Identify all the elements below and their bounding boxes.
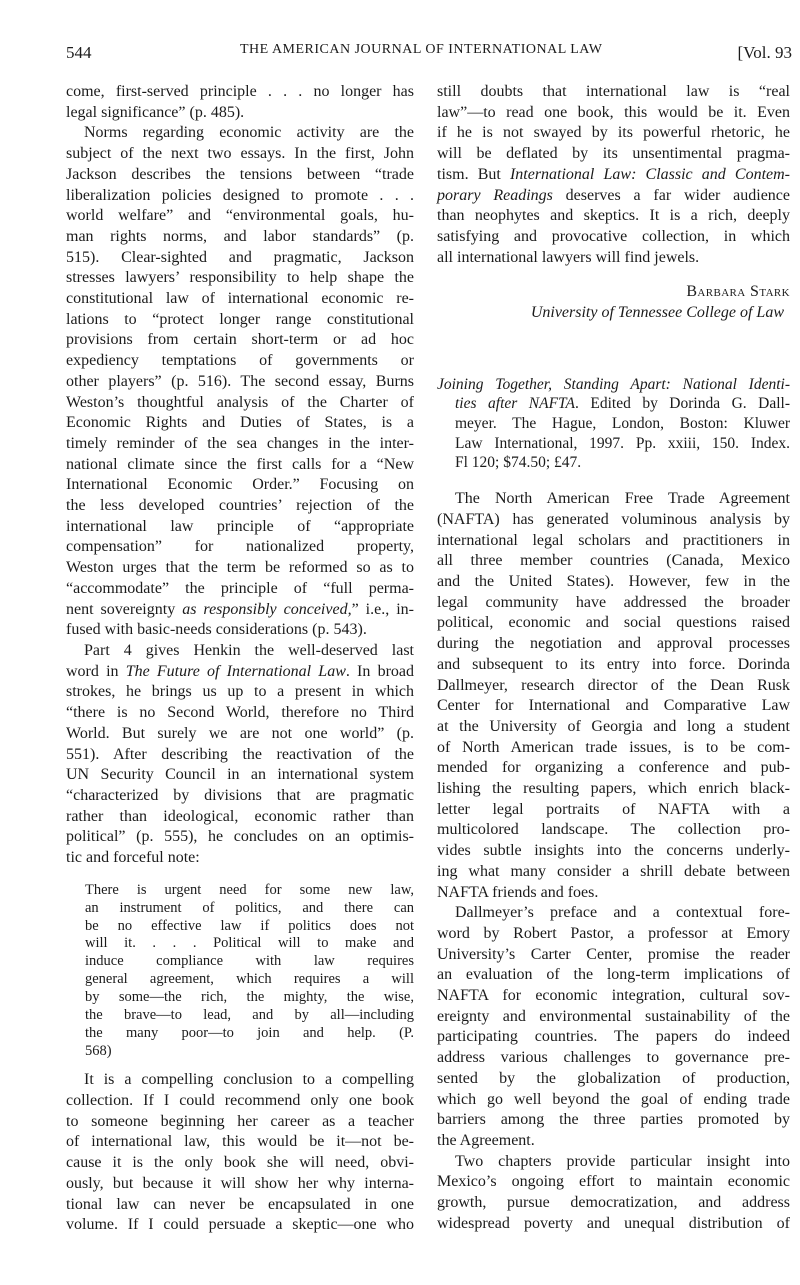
running-title: THE AMERICAN JOURNAL OF INTERNATIONAL LA… bbox=[240, 43, 602, 57]
text-line: will be deflated by its unsentimental pr… bbox=[437, 144, 790, 165]
reviewer-signature: Barbara Stark University of Tennessee Co… bbox=[437, 282, 790, 323]
text-line: at the University of Georgia and long a … bbox=[437, 717, 790, 738]
text-line: ereignty and environmental sustainabilit… bbox=[437, 1007, 790, 1028]
text-line: legal community have addressed the broad… bbox=[437, 593, 790, 614]
text-line: Dallmeyer’s preface and a contextual for… bbox=[437, 903, 790, 924]
text-line: International Economic Order.” Focusing … bbox=[66, 475, 414, 496]
text-line: constitutional law of international econ… bbox=[66, 289, 414, 310]
text-line: participating countries. The papers do i… bbox=[437, 1027, 790, 1048]
quote-line: 568) bbox=[85, 1043, 414, 1061]
text-line: porary Readings deserves a far wider aud… bbox=[437, 186, 790, 207]
text-line: World. But surely we are not one world” … bbox=[66, 724, 414, 745]
text-line: The North American Free Trade Agreement bbox=[437, 489, 790, 510]
text-line: Economic Rights and Duties of States, is… bbox=[66, 413, 414, 434]
text-line: still doubts that international law is “… bbox=[437, 82, 790, 103]
text-segment: . Edited by Dorinda G. Dall- bbox=[575, 395, 790, 412]
quote-line: by some—the rich, the mighty, the wise, bbox=[85, 989, 414, 1007]
volume-label: [Vol. 93 bbox=[738, 44, 792, 61]
text-line: Weston urges that the term be reformed s… bbox=[66, 558, 414, 579]
citation-line: meyer. The Hague, London, Boston: Kluwer bbox=[455, 414, 790, 434]
left-column: come, first-served principle . . . no lo… bbox=[66, 82, 414, 1236]
text-line: if he is not swayed by its powerful rhet… bbox=[437, 123, 790, 144]
text-segment: . In broad bbox=[346, 663, 414, 680]
text-line: volume. If I could persuade a skeptic—on… bbox=[66, 1215, 414, 1236]
citation-line: Fl 120; $74.50; £47. bbox=[455, 453, 790, 473]
paragraph-nafta-intro: The North American Free Trade Agreement … bbox=[437, 489, 790, 903]
paragraph-mexico: Two chapters provide particular insight … bbox=[437, 1152, 790, 1235]
right-column: still doubts that international law is “… bbox=[437, 82, 790, 1235]
text-line: timely reminder of the sea changes in th… bbox=[66, 434, 414, 455]
text-line: lishing the resulting papers, which enri… bbox=[437, 779, 790, 800]
text-segment: nent sovereignty bbox=[66, 601, 182, 618]
text-segment: tism. But bbox=[437, 166, 510, 183]
reviewer-name: Barbara Stark bbox=[437, 282, 790, 303]
text-line: “there is no Second World, therefore no … bbox=[66, 703, 414, 724]
text-line: nent sovereignty as responsibly conceive… bbox=[66, 600, 414, 621]
italic-phrase: as responsibly conceived, bbox=[182, 601, 351, 618]
text-line: Weston’s thoughtful analysis of the Char… bbox=[66, 393, 414, 414]
text-line: “characterized by divisions that are pra… bbox=[66, 786, 414, 807]
quote-line: induce compliance with law requires bbox=[85, 953, 414, 971]
text-line: compensation” for nationalized property, bbox=[66, 537, 414, 558]
text-line: Mexico’s ongoing effort to maintain econ… bbox=[437, 1172, 790, 1193]
text-line: which go well beyond the goal of ending … bbox=[437, 1090, 790, 1111]
text-line: strokes, he brings us up to a present in… bbox=[66, 682, 414, 703]
text-line: 515). Clear-sighted and pragmatic, Jacks… bbox=[66, 248, 414, 269]
text-line: word in The Future of International Law.… bbox=[66, 662, 414, 683]
text-line: world welfare” and “environmental goals,… bbox=[66, 206, 414, 227]
italic-book-title: Joining Together, Standing Apart: Nation… bbox=[437, 376, 790, 393]
citation-line: Law International, 1997. Pp. xxiii, 150.… bbox=[455, 434, 790, 454]
text-line: (NAFTA) has generated voluminous analysi… bbox=[437, 510, 790, 531]
paragraph-jackson-weston: Norms regarding economic activity are th… bbox=[66, 123, 414, 641]
block-quote: There is urgent need for some new law, a… bbox=[85, 882, 414, 1061]
quote-line: be no effective law if politics does not bbox=[85, 918, 414, 936]
text-line: University’s Carter Center, promise the … bbox=[437, 945, 790, 966]
text-line: tic and forceful note: bbox=[66, 848, 414, 869]
citation-line: Joining Together, Standing Apart: Nation… bbox=[437, 375, 790, 395]
text-line: legal significance” (p. 485). bbox=[66, 103, 414, 124]
text-line: an evaluation of the long-term implicati… bbox=[437, 965, 790, 986]
text-line: international law principle of “appropri… bbox=[66, 517, 414, 538]
text-line: Norms regarding economic activity are th… bbox=[66, 123, 414, 144]
text-line: sented by the globalization of productio… bbox=[437, 1069, 790, 1090]
text-line: stresses lawyers’ responsibility to help… bbox=[66, 268, 414, 289]
text-line: vides subtle insights into the concerns … bbox=[437, 841, 790, 862]
quote-line: There is urgent need for some new law, bbox=[85, 882, 414, 900]
text-segment: deserves a far wider audience bbox=[553, 187, 790, 204]
paragraph-continued: still doubts that international law is “… bbox=[437, 82, 790, 268]
text-line: subject of the next two essays. In the f… bbox=[66, 144, 414, 165]
text-line: Center for International and Comparative… bbox=[437, 696, 790, 717]
book-citation-heading: Joining Together, Standing Apart: Nation… bbox=[437, 375, 790, 473]
text-line: letter legal portraits of NAFTA with a bbox=[437, 800, 790, 821]
text-line: rather than ideological, economic rather… bbox=[66, 807, 414, 828]
text-line: multicolored landscape. The collection p… bbox=[437, 820, 790, 841]
text-line: Dallmeyer, research director of the Dean… bbox=[437, 676, 790, 697]
text-segment: word in bbox=[66, 663, 126, 680]
text-line: Part 4 gives Henkin the well-deserved la… bbox=[66, 641, 414, 662]
citation-line: ties after NAFTA. Edited by Dorinda G. D… bbox=[455, 394, 790, 414]
paragraph-conclusion: It is a compelling conclusion to a compe… bbox=[66, 1070, 414, 1236]
quote-line: general agreement, which requires a will bbox=[85, 971, 414, 989]
text-line: ing what many consider a shrill debate b… bbox=[437, 862, 790, 883]
text-line: all international lawyers will find jewe… bbox=[437, 248, 790, 269]
italic-book-title: International Law: Classic and Contem- bbox=[510, 166, 790, 183]
text-line: “accommodate” the principle of “full per… bbox=[66, 579, 414, 600]
text-line: UN Security Council in an international … bbox=[66, 765, 414, 786]
text-line: Jackson describes the tensions between “… bbox=[66, 165, 414, 186]
text-line: liberalization policies designed to prom… bbox=[66, 186, 414, 207]
quote-line: an instrument of politics, and there can bbox=[85, 900, 414, 918]
text-line: of North American trade issues, is to be… bbox=[437, 738, 790, 759]
page-number: 544 bbox=[66, 44, 92, 61]
text-line: growth, pursue democratization, and addr… bbox=[437, 1193, 790, 1214]
text-line: the less developed countries’ rejection … bbox=[66, 496, 414, 517]
paragraph-continued: come, first-served principle . . . no lo… bbox=[66, 82, 414, 123]
text-line: collection. If I could recommend only on… bbox=[66, 1091, 414, 1112]
text-line: the Agreement. bbox=[437, 1131, 790, 1152]
text-line: NAFTA for economic integration, cultural… bbox=[437, 986, 790, 1007]
text-line: during the negotiation and approval proc… bbox=[437, 634, 790, 655]
text-line: Two chapters provide particular insight … bbox=[437, 1152, 790, 1173]
text-line: man rights norms, and labor standards” (… bbox=[66, 227, 414, 248]
text-line: fused with basic-needs considerations (p… bbox=[66, 620, 414, 641]
text-line: mended for organizing a conference and p… bbox=[437, 758, 790, 779]
text-line: provisions from certain short-term or ad… bbox=[66, 330, 414, 351]
text-line: ously, but because it will show her why … bbox=[66, 1174, 414, 1195]
text-line: all three member countries (Canada, Mexi… bbox=[437, 551, 790, 572]
text-line: political” (p. 555), he concludes on an … bbox=[66, 827, 414, 848]
text-line: come, first-served principle . . . no lo… bbox=[66, 82, 414, 103]
text-line: than neophytes and skeptics. It is a ric… bbox=[437, 206, 790, 227]
text-line: word by Robert Pastor, a professor at Em… bbox=[437, 924, 790, 945]
text-line: 551). After describing the reactivation … bbox=[66, 745, 414, 766]
paragraph-preface: Dallmeyer’s preface and a contextual for… bbox=[437, 903, 790, 1151]
italic-book-title: porary Readings bbox=[437, 187, 553, 204]
text-line: tism. But International Law: Classic and… bbox=[437, 165, 790, 186]
text-line: cause it is the only book she will need,… bbox=[66, 1153, 414, 1174]
italic-book-title: The Future of International Law bbox=[126, 663, 346, 680]
text-line: satisfying and provocative collection, i… bbox=[437, 227, 790, 248]
paragraph-henkin: Part 4 gives Henkin the well-deserved la… bbox=[66, 641, 414, 869]
text-line: political, economic and social questions… bbox=[437, 613, 790, 634]
text-line: address various challenges to governance… bbox=[437, 1048, 790, 1069]
text-line: It is a compelling conclusion to a compe… bbox=[66, 1070, 414, 1091]
text-line: of international law, this would be it—n… bbox=[66, 1132, 414, 1153]
quote-line: the brave—to lead, and by all—including bbox=[85, 1007, 414, 1025]
text-line: international legal scholars and practit… bbox=[437, 531, 790, 552]
text-segment: ” i.e., in- bbox=[352, 601, 414, 618]
text-line: and the United States). However, few in … bbox=[437, 572, 790, 593]
reviewer-affiliation: University of Tennessee College of Law bbox=[437, 303, 790, 324]
text-line: barriers among the three parties promote… bbox=[437, 1110, 790, 1131]
text-line: tional law can never be encapsulated in … bbox=[66, 1195, 414, 1216]
text-line: to someone beginning her career as a tea… bbox=[66, 1112, 414, 1133]
text-line: national climate since the first calls f… bbox=[66, 455, 414, 476]
text-line: widespread poverty and unequal distribut… bbox=[437, 1214, 790, 1235]
text-line: law”—to read one book, this would be it.… bbox=[437, 103, 790, 124]
italic-book-title: ties after NAFTA bbox=[455, 395, 575, 412]
quote-line: the many poor—to join and help. (P. bbox=[85, 1025, 414, 1043]
text-line: NAFTA friends and foes. bbox=[437, 883, 790, 904]
text-line: and subsequent to its entry into force. … bbox=[437, 655, 790, 676]
text-line: other players” (p. 516). The second essa… bbox=[66, 372, 414, 393]
quote-line: will it. . . . Political will to make an… bbox=[85, 935, 414, 953]
text-line: expediency temptations of governments or bbox=[66, 351, 414, 372]
text-line: lations to “protect longer range constit… bbox=[66, 310, 414, 331]
